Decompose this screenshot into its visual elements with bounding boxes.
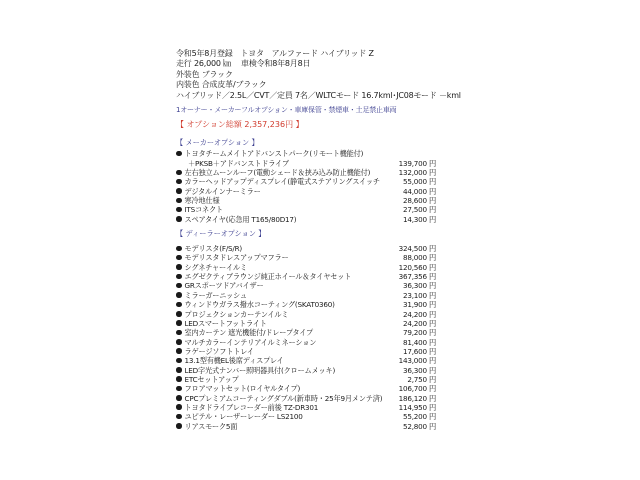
option-price: 44,000 円 [403,187,436,196]
option-name: カラーヘッドアップディスプレイ(静電式ステアリングスイッチ [176,177,380,186]
option-price: 27,500 円 [403,205,436,214]
option-name: GRスポーツドアバイザー [176,281,263,290]
option-price: 79,200 円 [403,328,436,337]
option-item: 室内カーテン 遮光機能付/ドレープタイプ79,200 円 [176,328,466,337]
option-price: 36,300 円 [403,366,436,375]
option-price: 114,950 円 [399,403,436,412]
option-price: 24,200 円 [403,319,436,328]
bullet-icon [176,302,182,308]
bullet-icon [176,311,182,317]
option-price: 106,700 円 [399,384,436,393]
bullet-icon [176,367,182,373]
bullet-icon [176,255,182,261]
bullet-icon [176,188,182,194]
option-price: 2,750 円 [407,375,436,384]
bullet-icon [176,330,182,336]
option-name: 室内カーテン 遮光機能付/ドレープタイプ [176,328,313,337]
option-price: 28,600 円 [403,196,436,205]
option-item: ウィンドウガラス撥水コーティング(SKAT0360)31,900 円 [176,300,466,309]
option-price: 81,400 円 [403,338,436,347]
option-name: ユピテル・レーザーレーダー LS2100 [176,412,303,421]
option-name: 左右独立ムーンルーフ(電動シェード＆挟み込み防止機能付) [176,168,370,177]
option-name: CPCプレミアムコーティングダブル(新車時・25年9月メンテ済) [176,394,382,403]
dealer-options-title: 【 ディーラーオプション 】 [176,227,466,240]
option-price: 132,000 円 [399,168,436,177]
bullet-icon [176,207,182,213]
option-item: ミラーガーニッシュ23,100 円 [176,291,466,300]
option-item: LEDスマートフットライト24,200 円 [176,319,466,328]
bullet-icon [176,395,182,401]
option-item: シグネチャーイルミ120,560 円 [176,263,466,272]
mileage-line: 走行 26,000 ㎞ 車検令和8年8月8日 [176,59,466,69]
option-price: 367,356 円 [399,272,436,281]
option-price: 324,500 円 [399,244,436,253]
bullet-icon [176,404,182,410]
option-name: シグネチャーイルミ [176,263,247,272]
option-item: エグゼクティブラウンジ純正ホイール＆タイヤセット367,356 円 [176,272,466,281]
bullet-icon [176,179,182,185]
powertrain-line: ハイブリッド／2.5L／CVT／定員 7名／WLTCモード 16.7kml･JC… [176,91,466,101]
dealer-options-list: モデリスタ(F/S/R)324,500 円モデリスタドレスアップマフラー88,0… [176,244,466,431]
option-item: カラーヘッドアップディスプレイ(静電式ステアリングスイッチ55,000 円 [176,177,466,186]
option-name: ミラーガーニッシュ [176,291,247,300]
bullet-icon [176,170,182,176]
bullet-icon [176,216,182,222]
vehicle-spec-document: 令和5年8月登録 トヨタ アルファード ハイブリッド Z 走行 26,000 ㎞… [176,49,466,431]
option-name: プロジェクションカーテンイルミ [176,310,288,319]
option-name: 寒冷地仕様 [176,196,219,205]
option-name: エグゼクティブラウンジ純正ホイール＆タイヤセット [176,272,351,281]
exterior-color-line: 外装色 ブラック [176,70,466,80]
option-name: 13.1型有機EL後席ディスプレイ [176,356,284,365]
bullet-icon [176,274,182,280]
option-item: スペアタイヤ(応急用 T165/80D17)14,300 円 [176,215,466,224]
bullet-icon [176,151,182,157]
option-name: ラゲージソフトトレイ [176,347,254,356]
option-item: 寒冷地仕様28,600 円 [176,196,466,205]
option-item: ITSコネクト27,500 円 [176,205,466,214]
option-item: 左右独立ムーンルーフ(電動シェード＆挟み込み防止機能付)132,000 円 [176,168,466,177]
option-name: LEDスマートフットライト [176,319,267,328]
bullet-icon [176,198,182,204]
interior-color-line: 内装色 合成皮革/ブラック [176,80,466,90]
option-item: モデリスタ(F/S/R)324,500 円 [176,244,466,253]
option-price: 14,300 円 [403,215,436,224]
option-price: 120,560 円 [399,263,436,272]
option-name: ETCセットアップ [176,375,239,384]
option-price: 55,200 円 [403,412,436,421]
option-item: トヨタドライブレコーダー前後 TZ-DR301114,950 円 [176,403,466,412]
option-price: 24,200 円 [403,310,436,319]
option-item: CPCプレミアムコーティングダブル(新車時・25年9月メンテ済)186,120 … [176,394,466,403]
option-name: モデリスタドレスアップマフラー [176,253,288,262]
option-price: 23,100 円 [403,291,436,300]
option-item-continued: ＋PKSB＋アドバンストドライブ139,700 円 [176,159,466,168]
option-price: 88,000 円 [403,253,436,262]
option-item: ユピテル・レーザーレーダー LS210055,200 円 [176,412,466,421]
option-item: LED字光式ナンバー照明器具付(クロームメッキ)36,300 円 [176,366,466,375]
option-name: モデリスタ(F/S/R) [176,244,242,253]
maker-options-title: 【 メーカーオプション 】 [176,136,466,149]
option-item: モデリスタドレスアップマフラー88,000 円 [176,253,466,262]
option-price: 52,800 円 [403,422,436,431]
option-price: 36,300 円 [403,281,436,290]
bullet-icon [176,423,182,429]
bullet-icon [176,414,182,420]
option-item: ラゲージソフトトレイ17,600 円 [176,347,466,356]
bullet-icon [176,348,182,354]
bullet-icon [176,264,182,270]
option-name: リアスモーク5面 [176,422,237,431]
bullet-icon [176,358,182,364]
option-price: 31,900 円 [403,300,436,309]
option-price: 17,600 円 [403,347,436,356]
option-name: スペアタイヤ(応急用 T165/80D17) [176,215,296,224]
bullet-icon [176,246,182,252]
option-price: 139,700 円 [399,159,436,168]
maker-options-list: トヨタチームメイトアドバンストパーク(リモート機能付)＋PKSB＋アドバンストド… [176,149,466,224]
registration-line: 令和5年8月登録 トヨタ アルファード ハイブリッド Z [176,49,466,59]
option-name: ITSコネクト [176,205,223,214]
bullet-icon [176,339,182,345]
option-item: GRスポーツドアバイザー36,300 円 [176,281,466,290]
bullet-icon [176,292,182,298]
option-item: フロアマットセット(ロイヤルタイプ)106,700 円 [176,384,466,393]
option-name: LED字光式ナンバー照明器具付(クロームメッキ) [176,366,335,375]
option-item: プロジェクションカーテンイルミ24,200 円 [176,310,466,319]
bullet-icon [176,283,182,289]
bullet-icon [176,386,182,392]
option-item: ETCセットアップ2,750 円 [176,375,466,384]
option-item: リアスモーク5面52,800 円 [176,422,466,431]
highlight-line: 1オーナー・メーカーフルオプション・車庫保管・禁煙車・土足禁止車両 [176,105,466,115]
option-name: デジタルインナーミラー [176,187,261,196]
bullet-icon [176,376,182,382]
option-item: トヨタチームメイトアドバンストパーク(リモート機能付) [176,149,466,158]
option-name: トヨタチームメイトアドバンストパーク(リモート機能付) [176,149,363,158]
option-name: フロアマットセット(ロイヤルタイプ) [176,384,300,393]
option-price: 186,120 円 [399,394,436,403]
option-item: マルチカラーインテリアイルミネーション81,400 円 [176,338,466,347]
bullet-icon [176,320,182,326]
option-name: ウィンドウガラス撥水コーティング(SKAT0360) [176,300,335,309]
option-item: 13.1型有機EL後席ディスプレイ143,000 円 [176,356,466,365]
option-price: 55,000 円 [403,177,436,186]
option-item: デジタルインナーミラー44,000 円 [176,187,466,196]
option-total: 【 オプション総額 2,357,236円 】 [176,118,466,132]
option-name: マルチカラーインテリアイルミネーション [176,338,316,347]
option-name: トヨタドライブレコーダー前後 TZ-DR301 [176,403,318,412]
option-name-continued: ＋PKSB＋アドバンストドライブ [176,159,289,168]
option-price: 143,000 円 [399,356,436,365]
